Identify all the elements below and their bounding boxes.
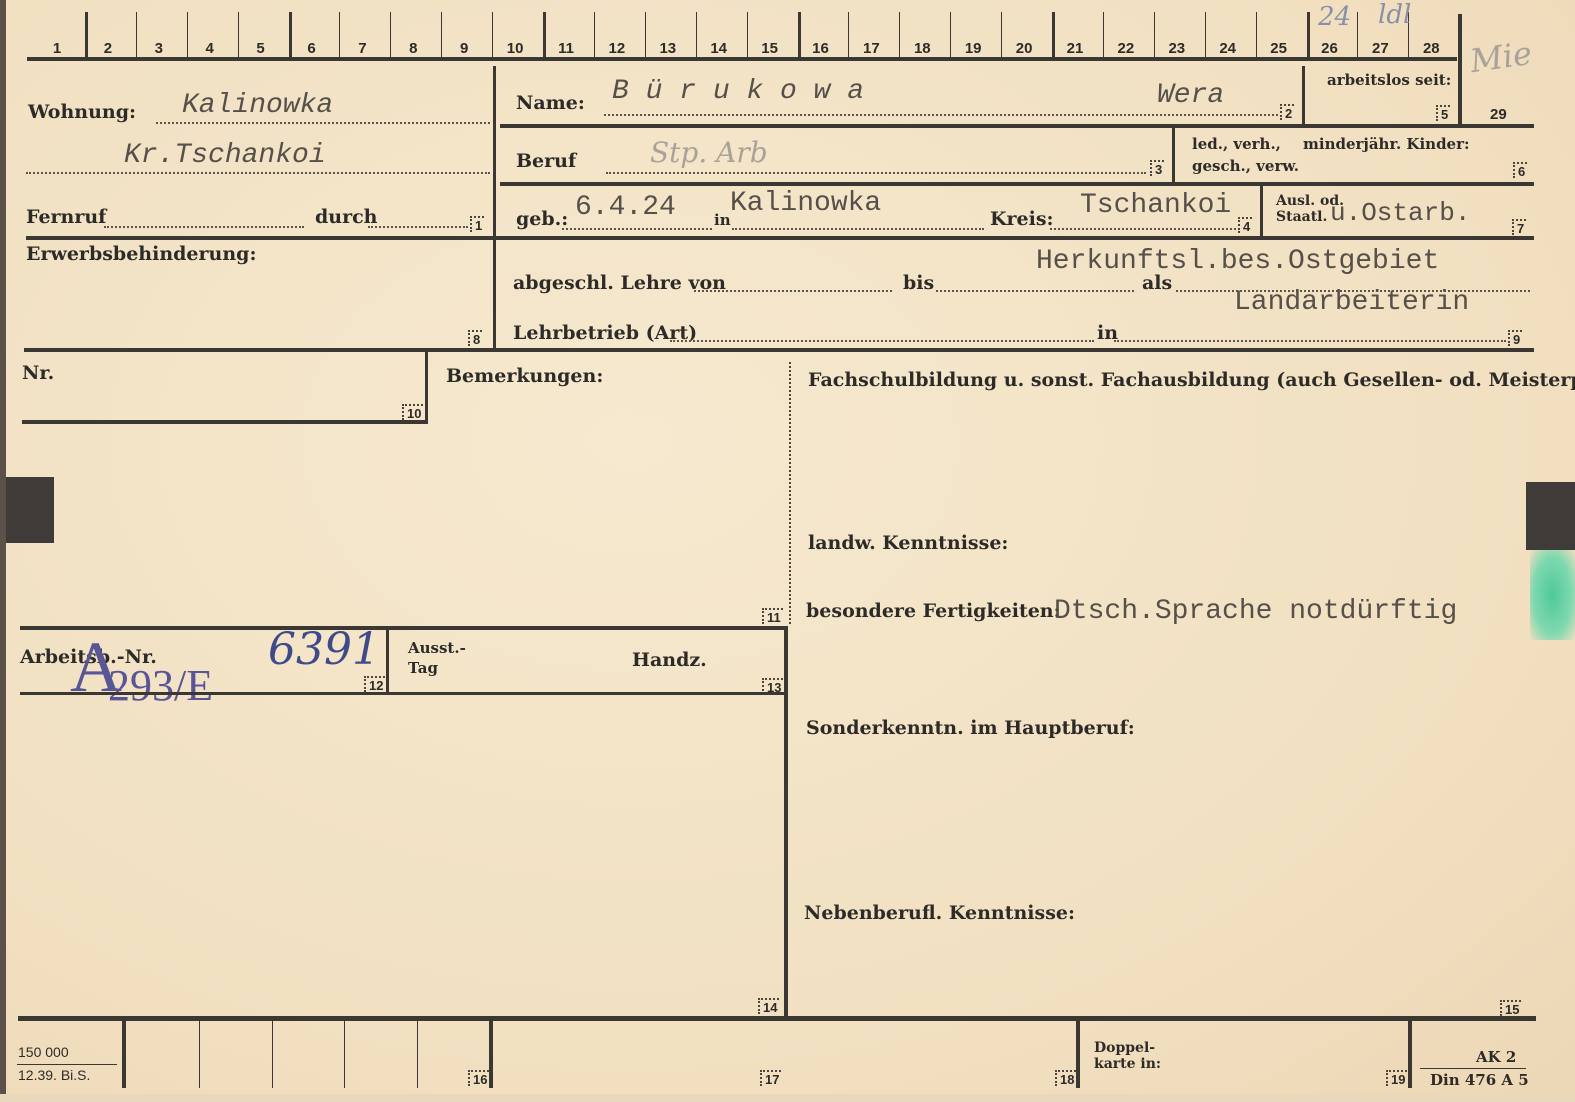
ruler-tick xyxy=(339,12,340,58)
nr-label: Nr. xyxy=(22,362,54,384)
form-code-divider xyxy=(1420,1068,1526,1069)
durch-dots xyxy=(368,226,468,228)
doppelkarte-line2: karte in: xyxy=(1094,1056,1161,1072)
field-number-7: 7 xyxy=(1512,219,1526,235)
field-number-1: 1 xyxy=(470,216,484,232)
bemerkungen-label: Bemerkungen: xyxy=(446,365,603,387)
ruler-number-15: 15 xyxy=(755,40,785,57)
arbeitsbuch-handwritten-number: 6391 xyxy=(268,624,380,675)
lehre-von-dots xyxy=(694,290,892,292)
ruler-tick xyxy=(696,12,697,58)
print-run-divider xyxy=(17,1064,117,1065)
ruler-tick xyxy=(747,12,748,58)
durch-label: durch xyxy=(315,206,378,228)
ruler-tick xyxy=(238,12,239,58)
handzeichen-label: Handz. xyxy=(632,649,707,671)
field-number-5: 5 xyxy=(1436,105,1450,121)
kreis-value: Tschankoi xyxy=(1080,190,1231,221)
kinder-label: minderjähr. Kinder: xyxy=(1303,136,1470,153)
lehre-typed-line2: Landarbeiterin xyxy=(1234,287,1469,318)
field-number-12: 12 xyxy=(364,676,385,692)
din-code: Din 476 A 5 xyxy=(1430,1072,1529,1089)
ruler-baseline xyxy=(27,57,1457,61)
form-code: AK 2 xyxy=(1476,1049,1516,1066)
ruler-tick xyxy=(1001,12,1002,58)
ruler-tick xyxy=(1052,12,1055,58)
ruler-tick xyxy=(492,12,493,58)
ruler-number-19: 19 xyxy=(958,40,988,57)
nr-bottom-rule xyxy=(22,420,428,424)
field-number-14: 14 xyxy=(758,998,779,1014)
wohnung-line2-value: Kr.Tschankoi xyxy=(124,140,326,171)
ruler-number-22: 22 xyxy=(1111,40,1141,57)
landw-kenntnisse-label: landw. Kenntnisse: xyxy=(808,532,1008,554)
field-number-11: 11 xyxy=(762,608,783,624)
ruler-number-28: 28 xyxy=(1416,40,1446,57)
field-number-19: 19 xyxy=(1386,1070,1407,1086)
wohnung-label: Wohnung: xyxy=(28,101,136,123)
geb-label: geb.: xyxy=(516,208,568,230)
ruler-number-3: 3 xyxy=(144,40,174,57)
bottom-divider-f xyxy=(489,1020,493,1088)
ruler-number-24: 24 xyxy=(1213,40,1243,57)
fertigkeiten-value: Dtsch.Sprache notdürftig xyxy=(1054,596,1457,627)
field-number-2: 2 xyxy=(1280,104,1294,120)
birthplace-dots xyxy=(732,228,984,230)
field-number-15: 15 xyxy=(1500,1000,1521,1016)
fachschule-label: Fachschulbildung u. sonst. Fachausbildun… xyxy=(808,369,1575,391)
erwerbsbehinderung-label: Erwerbsbehinderung: xyxy=(26,243,256,265)
wohnung-line2-dots xyxy=(26,172,490,174)
field-number-9: 9 xyxy=(1508,330,1522,346)
rule-after-birth-row xyxy=(26,236,1534,240)
lehrbetrieb-dots xyxy=(670,340,1094,342)
ruler-number-1: 1 xyxy=(42,40,72,57)
stamp-number: 293/E xyxy=(108,660,213,711)
field-number-10: 10 xyxy=(402,404,423,420)
ruler-tick xyxy=(645,12,646,58)
ruler-tick xyxy=(848,12,849,58)
surname-value: B ü r u k o w a xyxy=(612,76,864,107)
bottom-divider-a xyxy=(122,1020,126,1088)
ruler-tick xyxy=(1205,12,1206,58)
ruler-number-20: 20 xyxy=(1009,40,1039,57)
familienstand-line1: led., verh., xyxy=(1192,136,1281,153)
right-index-tab xyxy=(1526,482,1575,550)
field-number-29: 29 xyxy=(1490,106,1507,123)
field-number-6: 6 xyxy=(1513,162,1527,178)
ruler-number-16: 16 xyxy=(806,40,836,57)
bottom-strip-top-rule xyxy=(18,1016,1536,1021)
beruf-value: Stp. Arb xyxy=(650,136,768,169)
staat-value: u.Ostarb. xyxy=(1330,198,1470,228)
rule-after-name-row xyxy=(500,124,1534,128)
divider-col29 xyxy=(1458,14,1462,124)
registration-card: 1234567891011121314151617181920212223242… xyxy=(0,0,1575,1102)
wohnung-line1-dots xyxy=(156,122,490,124)
ruler-tick xyxy=(441,12,442,58)
lehrbetrieb-in-dots xyxy=(1114,340,1506,342)
field-number-16: 16 xyxy=(468,1070,489,1086)
ruler-number-17: 17 xyxy=(856,40,886,57)
ruler-number-5: 5 xyxy=(246,40,276,57)
doppelkarte-line1: Doppel- xyxy=(1094,1040,1155,1056)
ruler-number-10: 10 xyxy=(500,40,530,57)
nebenberuf-label: Nebenberufl. Kenntnisse: xyxy=(804,902,1075,924)
ruler-tick xyxy=(1357,12,1358,58)
ruler-number-12: 12 xyxy=(602,40,632,57)
ruler-tick xyxy=(187,12,188,58)
nr-divider xyxy=(425,352,428,424)
ruler-number-11: 11 xyxy=(551,40,581,57)
ruler-tick xyxy=(1154,12,1155,58)
ruler-number-18: 18 xyxy=(907,40,937,57)
arbeitsbuch-bottom-rule xyxy=(20,692,784,695)
fernruf-dots xyxy=(104,226,304,228)
geb-divider xyxy=(1260,186,1263,238)
ruler-number-23: 23 xyxy=(1162,40,1192,57)
ruler-tick xyxy=(1256,12,1257,58)
beruf-label: Beruf xyxy=(516,150,576,172)
print-run: 150 000 xyxy=(18,1044,69,1060)
ruler-tick xyxy=(543,12,546,58)
bottom-divider-g xyxy=(1076,1020,1080,1088)
rule-after-beruf-row xyxy=(500,182,1534,186)
ruler-tick xyxy=(798,12,801,58)
bottom-divider-d xyxy=(344,1020,345,1088)
ruler-number-27: 27 xyxy=(1365,40,1395,57)
corner-annotation: Mie xyxy=(1468,34,1535,80)
print-date: 12.39. Bi.S. xyxy=(18,1067,90,1083)
ruler-number-25: 25 xyxy=(1264,40,1294,57)
ruler-tick xyxy=(289,12,292,58)
ruler-tick xyxy=(390,12,391,58)
bemerkungen-right-dotted xyxy=(789,362,791,624)
ruler-number-13: 13 xyxy=(653,40,683,57)
left-index-tab xyxy=(6,477,54,543)
ausstellung-label-line1: Ausst.- xyxy=(408,640,466,657)
familienstand-line2: gesch., verw. xyxy=(1192,158,1299,175)
birth-place-value: Kalinowka xyxy=(730,188,881,219)
arbeitsbuch-divider xyxy=(386,630,389,694)
ruler-tick xyxy=(1307,12,1310,58)
bottom-divider-e xyxy=(417,1020,418,1088)
kreis-label: Kreis: xyxy=(990,208,1054,230)
beruf-divider xyxy=(1172,128,1175,184)
ruler-tick xyxy=(594,12,595,58)
field-number-4: 4 xyxy=(1238,217,1252,233)
green-marker-stain xyxy=(1530,550,1575,640)
ruler-tick xyxy=(950,12,951,58)
field-number-18: 18 xyxy=(1055,1070,1076,1086)
ruler-tick xyxy=(85,12,88,58)
ruler-tick xyxy=(899,12,900,58)
ruler-annotation-26: 24 xyxy=(1318,2,1351,32)
geb-in-label: in xyxy=(714,212,731,229)
lehre-typed-line1: Herkunftsl.bes.Ostgebiet xyxy=(1036,246,1439,277)
ruler-number-7: 7 xyxy=(347,40,377,57)
main-vertical-divider xyxy=(493,66,496,350)
name-dots xyxy=(604,114,1278,116)
fernruf-label: Fernruf xyxy=(26,206,106,228)
kreis-dots xyxy=(1050,228,1236,230)
card-bottom-edge xyxy=(0,1094,1575,1102)
ruler-number-8: 8 xyxy=(398,40,428,57)
field-number-8: 8 xyxy=(468,330,482,346)
ruler-number-2: 2 xyxy=(93,40,123,57)
beruf-dots xyxy=(606,172,1146,174)
field-number-17: 17 xyxy=(760,1070,781,1086)
ausstellung-label-line2: Tag xyxy=(408,660,438,677)
rule-after-lehre-row xyxy=(24,348,1534,352)
arbeitsbuch-top-rule xyxy=(20,626,788,630)
ruler-tick xyxy=(136,12,137,58)
arbeitsbuch-right-divider xyxy=(784,626,788,1016)
ruler-annotation-27: ldl xyxy=(1378,0,1411,30)
arbeitslos-label: arbeitslos seit: xyxy=(1327,72,1451,89)
ruler-number-14: 14 xyxy=(704,40,734,57)
card-left-edge xyxy=(0,0,6,1102)
wohnung-line1-value: Kalinowka xyxy=(182,90,333,121)
ruler-number-4: 4 xyxy=(195,40,225,57)
field-number-3: 3 xyxy=(1150,160,1164,176)
lehre-bis-dots xyxy=(936,290,1134,292)
ruler-number-26: 26 xyxy=(1315,40,1345,57)
ruler-number-21: 21 xyxy=(1060,40,1090,57)
staat-label-line2: Staatl. xyxy=(1276,209,1327,225)
birth-date-value: 6.4.24 xyxy=(575,192,676,223)
lehre-bis-label: bis xyxy=(903,272,934,294)
bottom-divider-c xyxy=(272,1020,273,1088)
ruler-tick xyxy=(1103,12,1104,58)
geb-dots xyxy=(562,228,712,230)
name-divider xyxy=(1302,66,1305,124)
bottom-divider-h xyxy=(1408,1020,1412,1088)
name-label: Name: xyxy=(516,92,585,114)
ruler-number-9: 9 xyxy=(449,40,479,57)
ruler-number-6: 6 xyxy=(297,40,327,57)
sonderkenntnisse-label: Sonderkenntn. im Hauptberuf: xyxy=(806,717,1135,739)
fertigkeiten-label: besondere Fertigkeiten: xyxy=(806,600,1061,622)
bottom-divider-b xyxy=(199,1020,200,1088)
first-name-value: Wera xyxy=(1157,80,1224,111)
